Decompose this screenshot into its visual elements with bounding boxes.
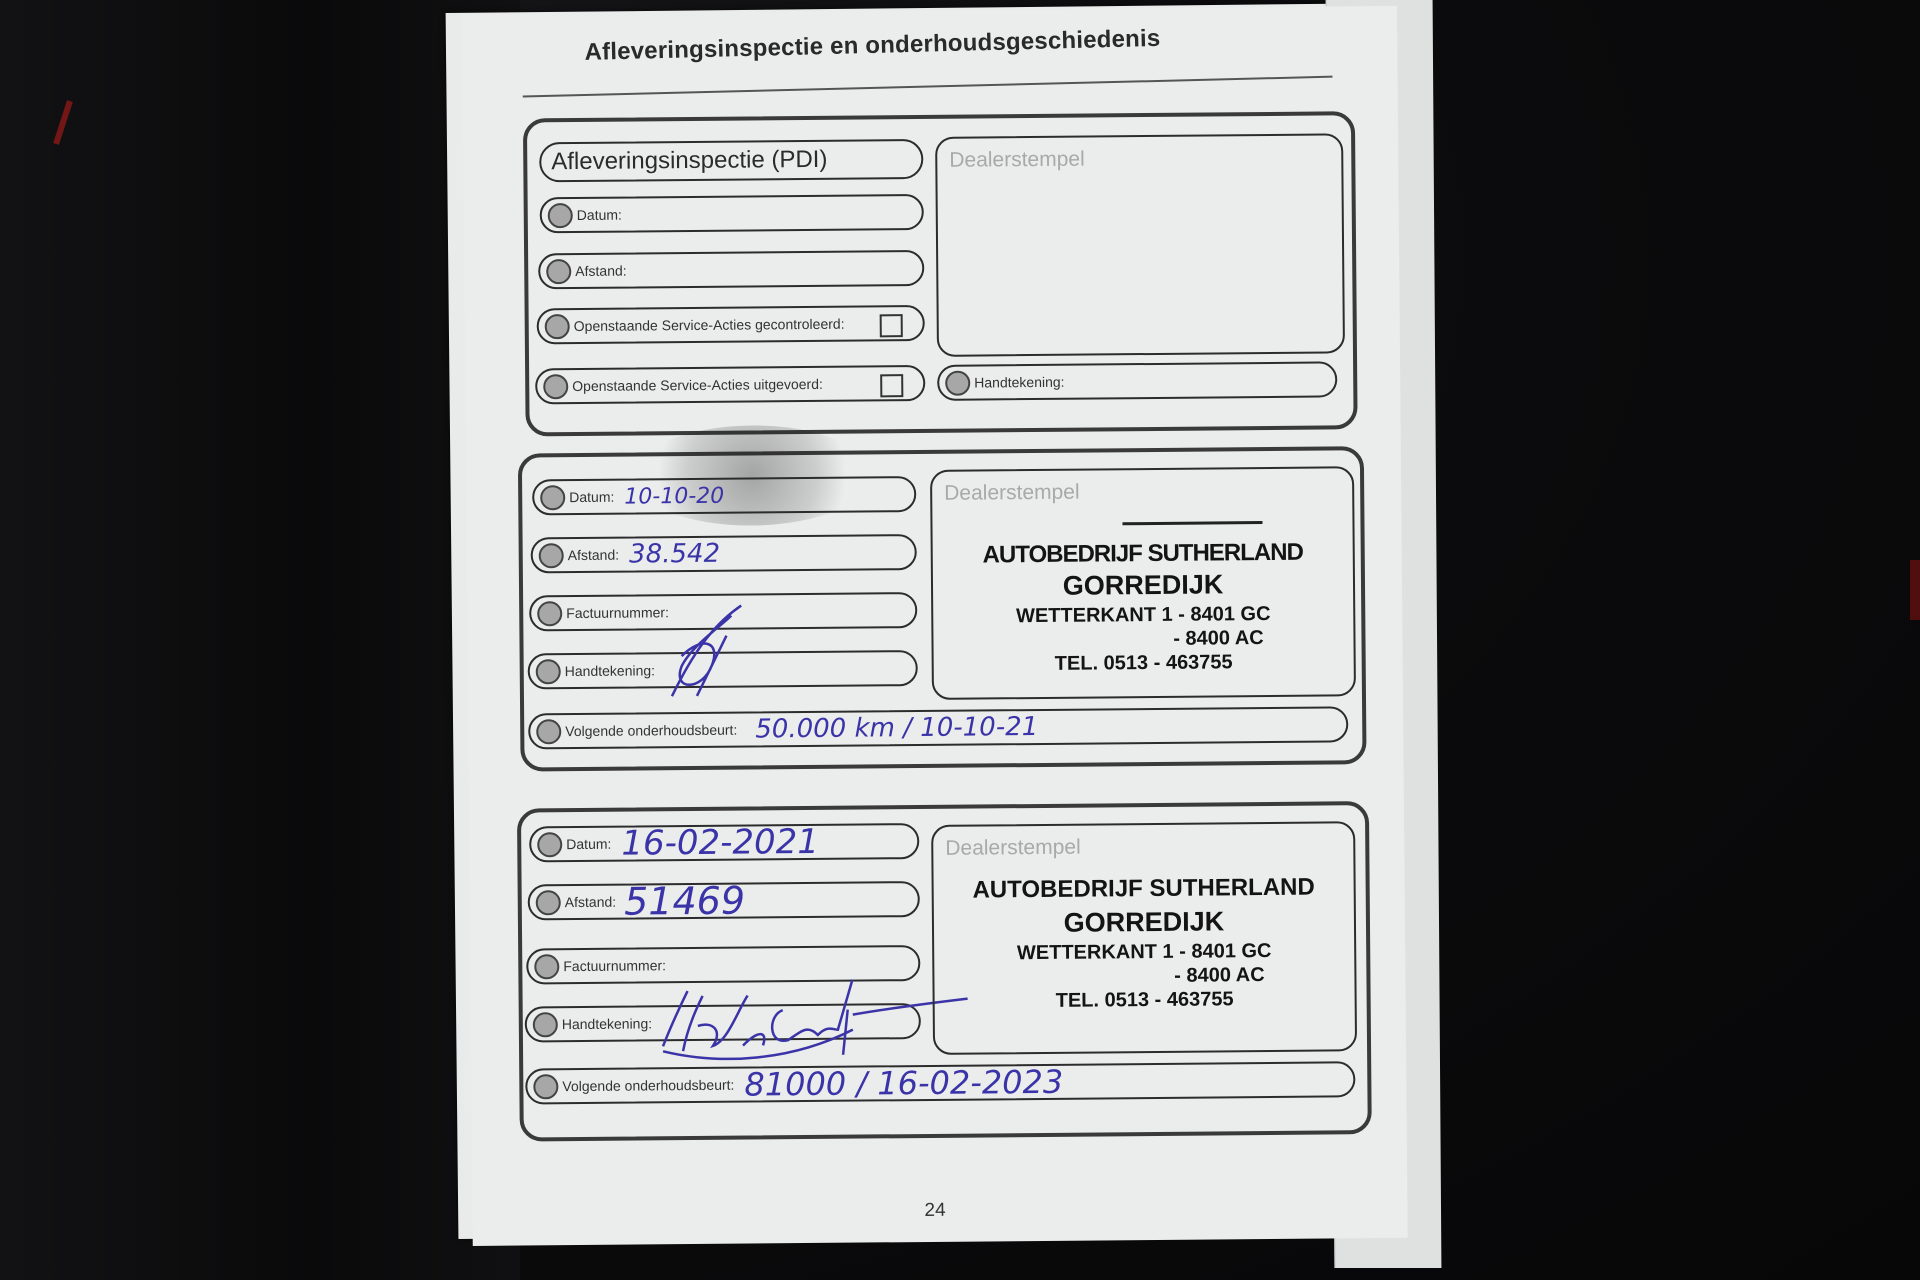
booklet-page: Afleveringsinspectie en onderhoudsgeschi… — [462, 6, 1408, 1246]
entry2-next-service-label: Volgende onderhoudsbeurt: — [562, 1077, 734, 1095]
entry2-distance-field[interactable]: Afstand: 51469 — [528, 881, 920, 920]
title-divider — [523, 76, 1333, 98]
dealer-stamp-label: Dealerstempel — [949, 148, 1085, 173]
entry2-date-label: Datum: — [566, 836, 611, 852]
pdi-date-label: Datum: — [577, 207, 622, 223]
pdi-service-checked-label: Openstaande Service-Acties gecontroleerd… — [574, 316, 845, 334]
pdi-heading-field: Afleveringsinspectie (PDI) — [539, 139, 923, 182]
field-bullet-icon — [536, 719, 561, 744]
entry1-signature-label: Handtekening: — [565, 662, 655, 679]
entry1-date-value: 10-10-20 — [624, 483, 724, 509]
stamp-city: GORREDIJK — [934, 905, 1354, 940]
entry2-next-service-field[interactable]: Volgende onderhoudsbeurt: 81000 / 16-02-… — [525, 1061, 1355, 1104]
pdi-dealer-stamp-box: Dealerstempel — [935, 133, 1345, 357]
service-entry-2: Datum: 16-02-2021 Afstand: 51469 Factuur… — [517, 801, 1372, 1141]
entry1-date-label: Datum: — [569, 489, 614, 505]
field-bullet-icon — [540, 485, 565, 510]
entry2-date-field[interactable]: Datum: 16-02-2021 — [529, 823, 919, 862]
field-bullet-icon — [537, 601, 562, 626]
stamp-company: AUTOBEDRIJF SUTHERLAND — [934, 873, 1354, 905]
field-bullet-icon — [539, 543, 564, 568]
stamp-phone: TEL. 0513 - 463755 — [934, 650, 1354, 677]
red-stitching-right — [1910, 560, 1920, 620]
field-bullet-icon — [536, 890, 561, 915]
entry1-signature — [651, 595, 762, 706]
entry2-date-value: 16-02-2021 — [621, 822, 819, 864]
field-bullet-icon — [945, 370, 970, 395]
entry1-date-field[interactable]: Datum: 10-10-20 — [532, 476, 916, 515]
entry2-dealer-stamp-box: Dealerstempel AUTOBEDRIJF SUTHERLAND GOR… — [931, 821, 1357, 1055]
entry1-dealer-stamp-box: Dealerstempel AUTOBEDRIJF SUTHERLAND GOR… — [930, 466, 1356, 700]
field-bullet-icon — [537, 832, 562, 857]
field-bullet-icon — [545, 314, 570, 339]
entry2-distance-label: Afstand: — [565, 894, 617, 910]
field-bullet-icon — [536, 659, 561, 684]
entry1-next-service-label: Volgende onderhoudsbeurt: — [565, 722, 737, 740]
dealer-stamp-label: Dealerstempel — [945, 836, 1081, 861]
entry2-signature — [642, 969, 973, 1062]
pdi-service-done-field[interactable]: Openstaande Service-Acties uitgevoerd: — [535, 365, 925, 404]
service-checked-checkbox[interactable] — [880, 314, 903, 337]
stamp-address: WETTERKANT 1 - 8401 GC — [934, 939, 1354, 966]
pdi-signature-field[interactable]: Handtekening: — [937, 361, 1337, 400]
entry1-distance-value: 38.542 — [629, 539, 720, 570]
entry1-distance-label: Afstand: — [568, 547, 620, 563]
field-bullet-icon — [533, 1012, 558, 1037]
pdi-distance-field[interactable]: Afstand: — [538, 250, 924, 289]
dealer-stamp-label: Dealerstempel — [944, 481, 1080, 506]
pdi-section: Afleveringsinspectie (PDI) Datum: Afstan… — [523, 111, 1358, 436]
field-bullet-icon — [548, 203, 573, 228]
stamp-city: GORREDIJK — [933, 568, 1353, 603]
stamp-postcode: - 8400 AC — [933, 626, 1353, 653]
entry2-next-service-value: 81000 / 16-02-2023 — [744, 1063, 1063, 1104]
pdi-service-checked-field[interactable]: Openstaande Service-Acties gecontroleerd… — [537, 305, 925, 344]
stamp-phone: TEL. 0513 - 463755 — [935, 987, 1355, 1014]
stamp-line-mark — [1122, 521, 1262, 525]
entry1-next-service-value: 50.000 km / 10-10-21 — [755, 712, 1038, 744]
field-bullet-icon — [533, 1074, 558, 1099]
service-entry-1: Datum: 10-10-20 Afstand: 38.542 Factuurn… — [518, 446, 1367, 771]
pdi-heading: Afleveringsinspectie (PDI) — [551, 146, 827, 176]
entry1-next-service-field[interactable]: Volgende onderhoudsbeurt: 50.000 km / 10… — [528, 706, 1348, 749]
entry2-distance-value: 51469 — [624, 879, 745, 924]
stamp-postcode: - 8400 AC — [934, 963, 1354, 990]
stamp-address: WETTERKANT 1 - 8401 GC — [933, 602, 1353, 629]
field-bullet-icon — [546, 259, 571, 284]
stamp-company: AUTOBEDRIJF SUTHERLAND — [933, 538, 1353, 570]
entry2-signature-label: Handtekening: — [562, 1015, 652, 1032]
pdi-distance-label: Afstand: — [575, 263, 627, 279]
page-number: 24 — [924, 1200, 945, 1222]
pdi-service-done-label: Openstaande Service-Acties uitgevoerd: — [572, 376, 823, 394]
page-title: Afleveringsinspectie en onderhoudsgeschi… — [584, 25, 1161, 67]
service-done-checkbox[interactable] — [880, 374, 903, 397]
field-bullet-icon — [534, 954, 559, 979]
pdi-date-field[interactable]: Datum: — [540, 194, 924, 233]
entry1-distance-field[interactable]: Afstand: 38.542 — [531, 534, 917, 573]
pdi-signature-label: Handtekening: — [974, 374, 1064, 391]
field-bullet-icon — [543, 374, 568, 399]
seat-fold-shadow — [0, 0, 520, 1280]
